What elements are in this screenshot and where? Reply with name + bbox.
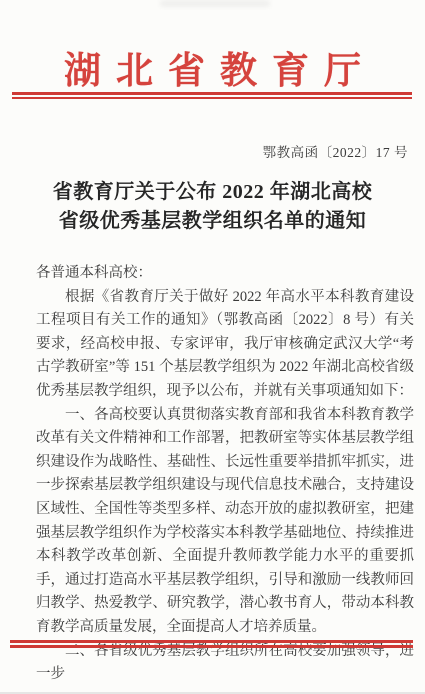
rule-line-bottom xyxy=(12,97,412,99)
scan-bleed-artifact xyxy=(160,0,270,7)
document-title-line2: 省级优秀基层教学组织名单的通知 xyxy=(0,207,425,236)
salutation: 各普通本科高校： xyxy=(36,262,414,286)
footer-double-rule xyxy=(10,640,413,648)
official-letter-page: 湖北省教育厅 鄂教高函〔2022〕17 号 省教育厅关于公布 2022 年湖北高… xyxy=(0,0,425,694)
letterhead-double-rule xyxy=(12,92,412,99)
agency-letterhead: 湖北省教育厅 xyxy=(0,40,425,94)
document-body: 各普通本科高校： 根据《省教育厅关于做好 2022 年高水平本科教育建设工程项目… xyxy=(36,262,414,687)
body-paragraph-2: 一、各高校要认真贯彻落实教育部和我省本科教育教学改革有关文件精神和工作部署，把教… xyxy=(36,404,414,640)
footer-rule-line-bottom xyxy=(10,645,413,648)
document-title: 省教育厅关于公布 2022 年湖北高校 省级优秀基层教学组织名单的通知 xyxy=(0,178,425,236)
document-title-line1: 省教育厅关于公布 2022 年湖北高校 xyxy=(0,178,425,207)
body-paragraph-1: 根据《省教育厅关于做好 2022 年高水平本科教育建设工程项目有关工作的通知》（… xyxy=(36,286,414,404)
document-number: 鄂教高函〔2022〕17 号 xyxy=(263,141,408,161)
